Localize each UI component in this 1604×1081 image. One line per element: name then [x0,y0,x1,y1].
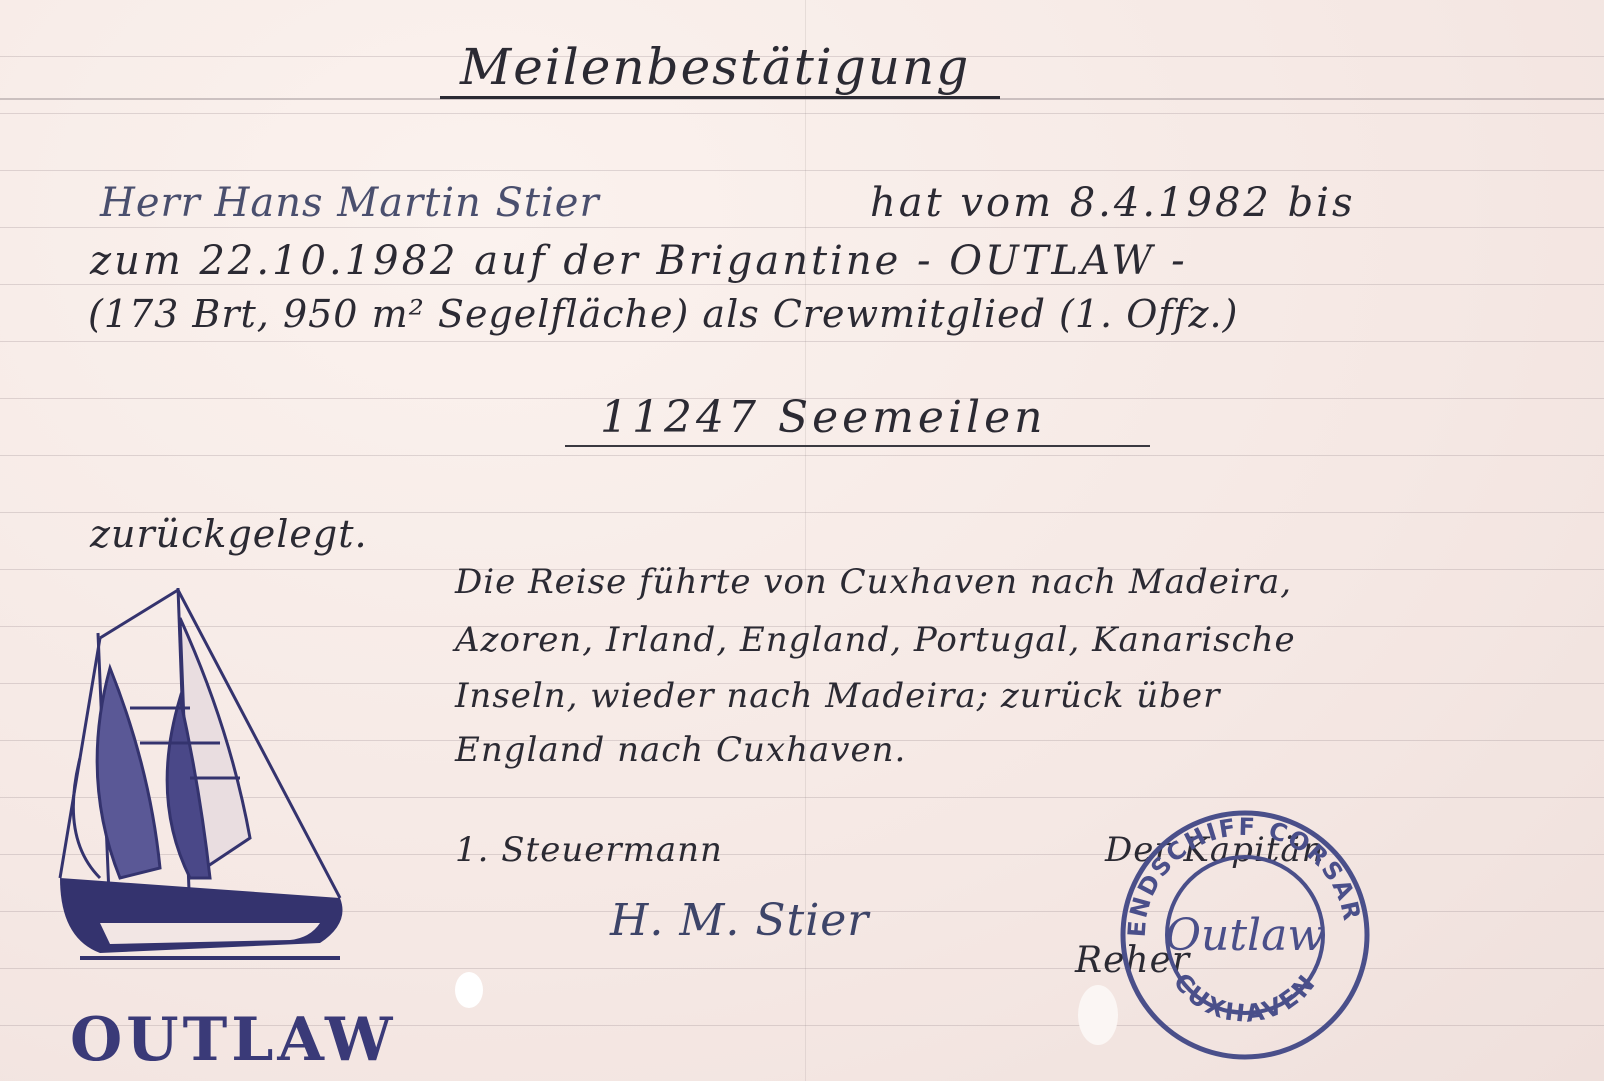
svg-text:CUXHAVEN: CUXHAVEN [1168,968,1323,1028]
vessel-details-role: (173 Brt, 950 m² Segelfläche) als Crewmi… [88,292,1238,336]
first-mate-signature: H. M. Stier [610,895,869,946]
punch-hole [455,972,483,1008]
completed-text: zurückgelegt. [90,512,368,556]
route-line: England nach Cuxhaven. [455,730,906,770]
route-line: Inseln, wieder nach Madeira; zurück über [455,676,1220,716]
nautical-miles: 11247 Seemeilen [600,392,1046,443]
organization-stamp: JUGENDSCHIFF CORSAR e.V. CUXHAVEN Outlaw [1110,800,1380,1070]
date-range-end-vessel: zum 22.10.1982 auf der Brigantine - OUTL… [90,238,1188,284]
document-title: Meilenbestätigung [460,38,970,96]
recipient-name: Herr Hans Martin Stier [100,180,600,226]
outlaw-logo-text: OUTLAW [70,1005,396,1075]
date-range-start: hat vom 8.4.1982 bis [870,180,1356,226]
route-line: Azoren, Irland, England, Portugal, Kanar… [455,620,1296,660]
first-mate-label: 1. Steuermann [455,830,723,870]
miles-underline [565,445,1150,447]
route-line: Die Reise führte von Cuxhaven nach Madei… [455,562,1292,602]
paper-tear [1078,985,1118,1045]
svg-text:Outlaw: Outlaw [1165,910,1325,961]
title-underline [440,96,1000,99]
sailing-ship-icon [40,578,370,998]
